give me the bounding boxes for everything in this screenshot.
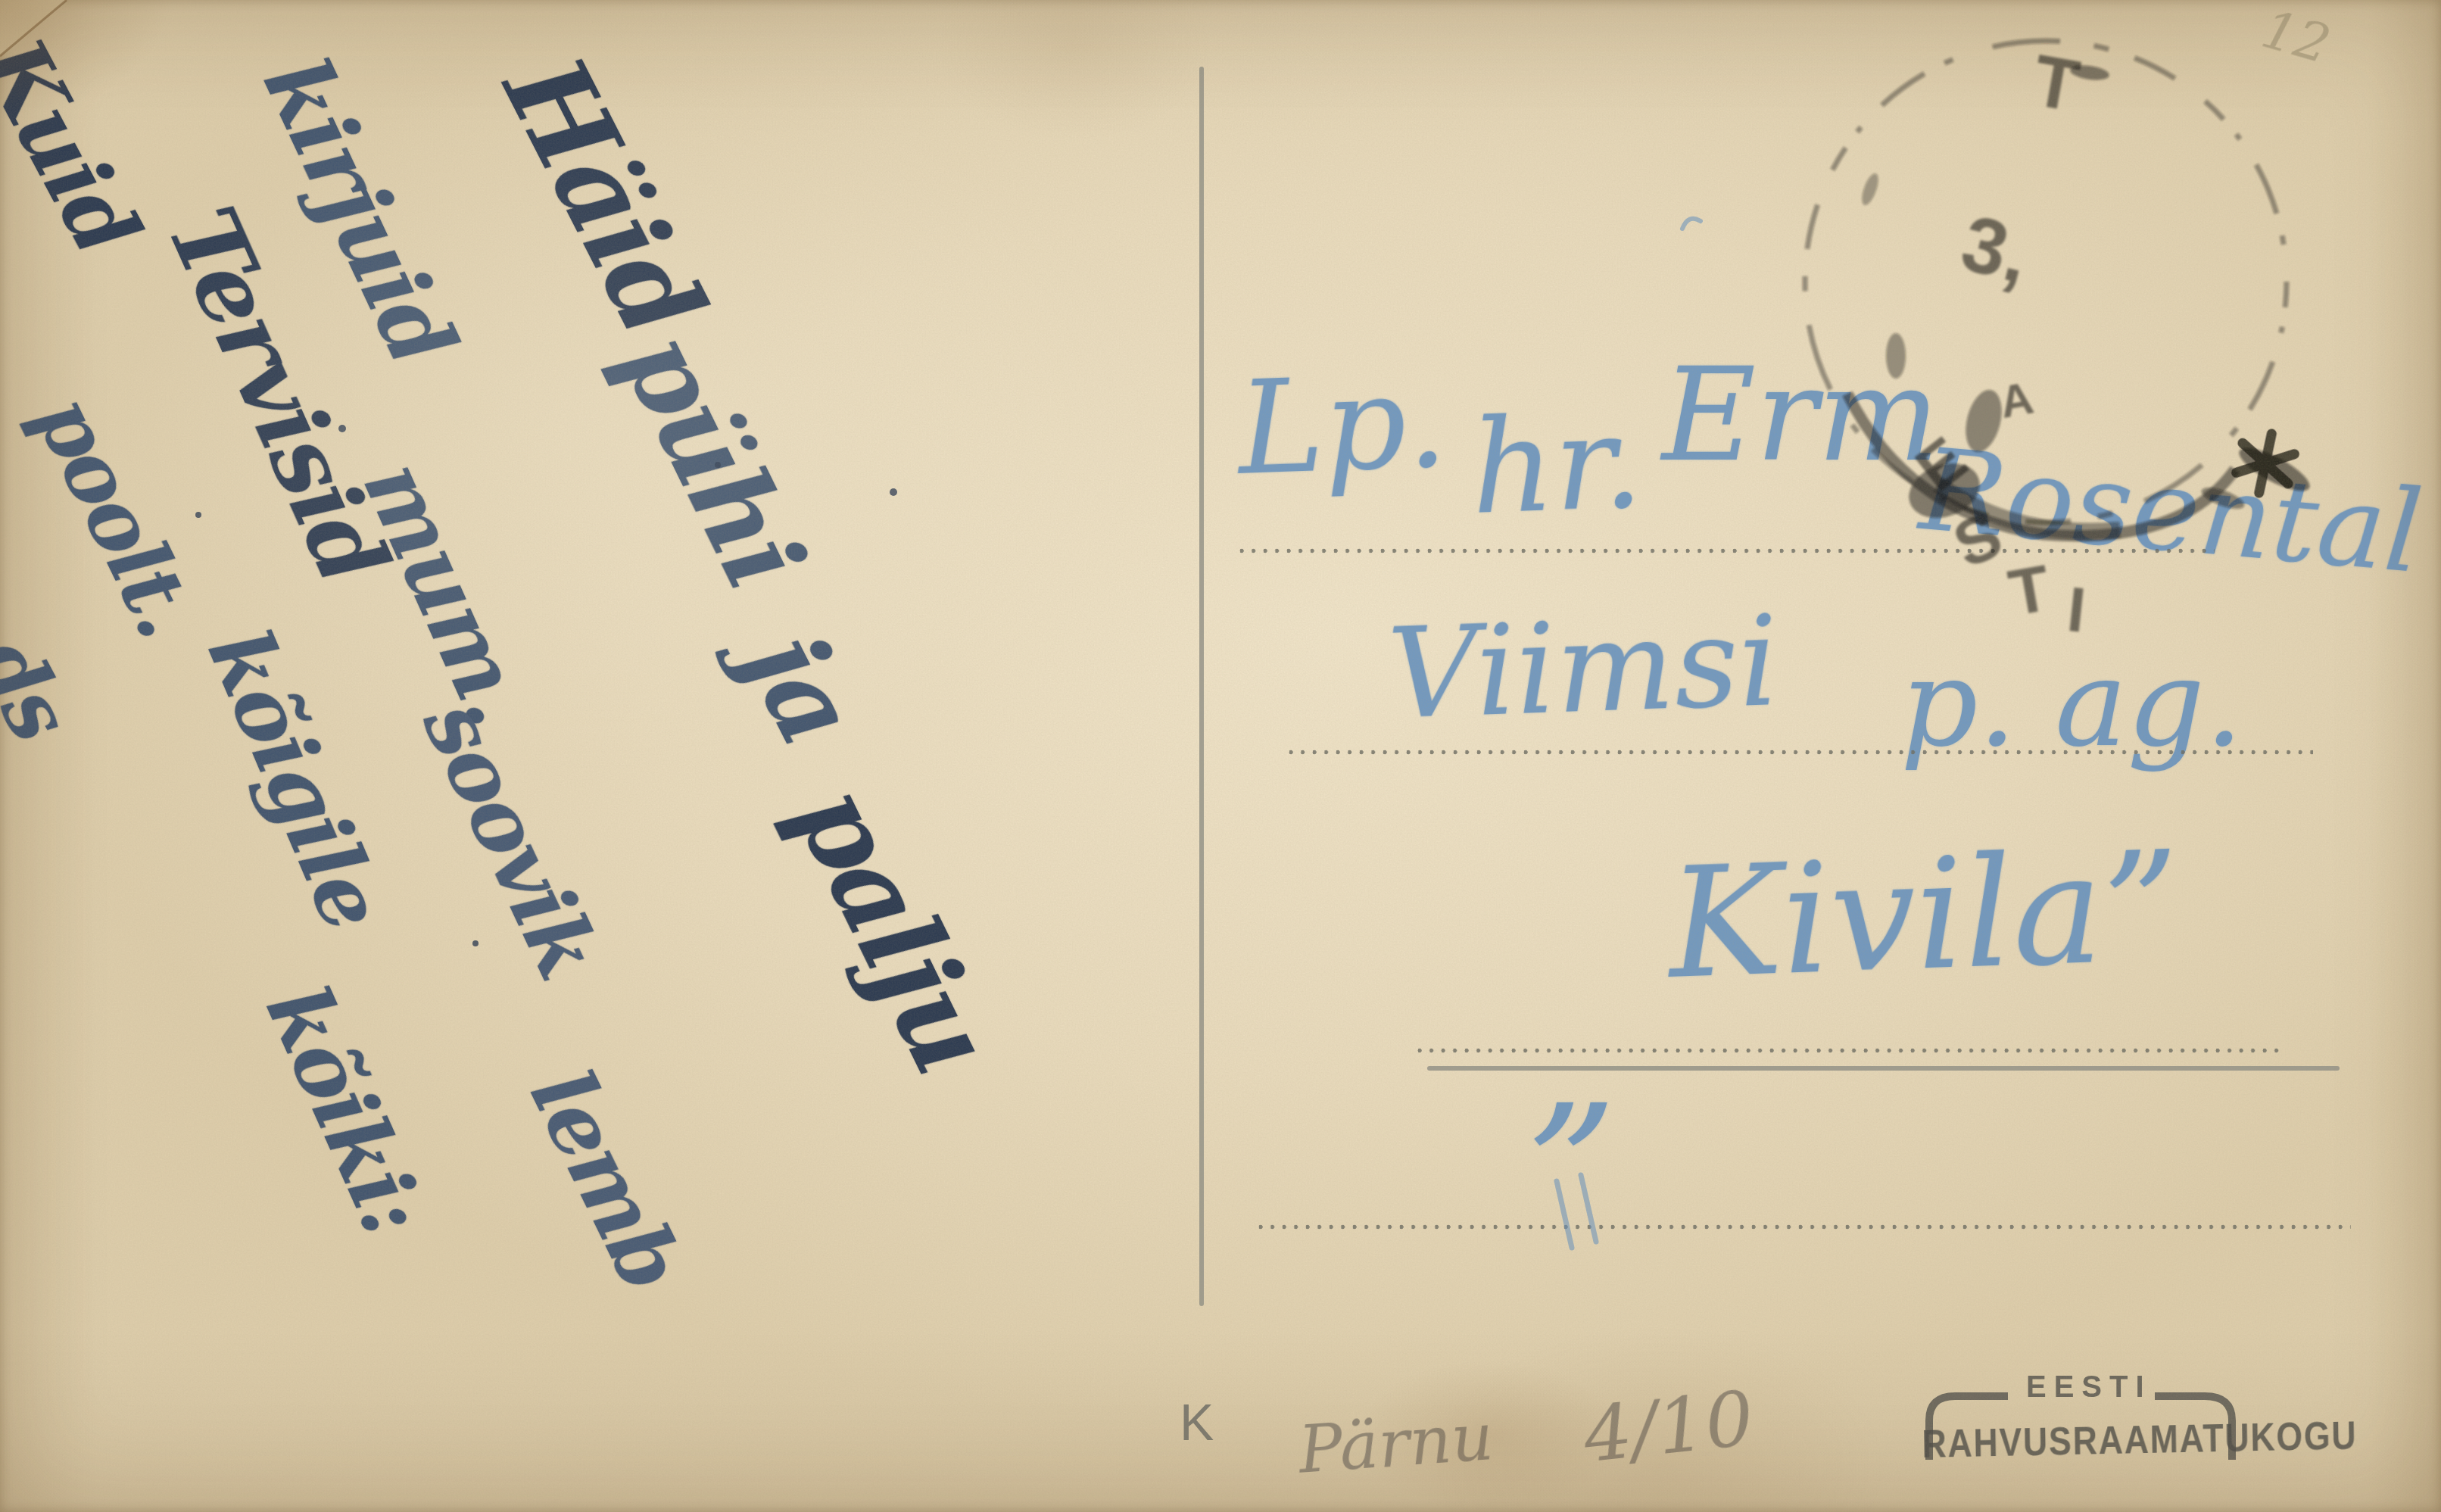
dotted-line: [1287, 748, 2313, 756]
postcard-back: KuidHäidpühijapaljukirjuidmum.sooviklemb…: [0, 0, 2441, 1512]
msg-word: kõiki:: [247, 971, 445, 1249]
msg-word: kõigile: [189, 615, 404, 943]
msg-word: Häid: [478, 36, 728, 355]
addr-word: Lp.: [1236, 347, 1450, 504]
center-divider-line: [1199, 67, 1204, 1306]
addr-word: Kivila”: [1666, 818, 2184, 1012]
postmark-text: T: [2027, 39, 2085, 129]
library-stamp-line2: RAHVUSRAAMATUKOGU: [1922, 1413, 2358, 1467]
addr-word: Viimsi: [1386, 588, 1781, 747]
msg-word: pühi: [596, 312, 828, 606]
dotted-line: [1238, 547, 2215, 555]
library-stamp-line1: EESTI: [2026, 1370, 2152, 1404]
msg-word: lemb: [511, 1054, 703, 1305]
corner-pencil-note: 12: [2255, 0, 2337, 76]
msg-word: poolt.: [17, 380, 216, 650]
postmark-text: A: [1996, 371, 2037, 428]
addr-word: Erm: [1662, 341, 1940, 491]
printer-mark-k: K: [1180, 1393, 1214, 1452]
msg-word: ja: [720, 612, 882, 763]
pencil-word: Pärnu: [1296, 1399, 1496, 1489]
postmark-text: 3,: [1953, 198, 2038, 301]
msg-word: palju: [769, 765, 1018, 1091]
pencil-word: 4/10: [1579, 1374, 1758, 1480]
solid-line: [1427, 1066, 2340, 1071]
msg-word: soovik: [404, 685, 619, 992]
msg-word: ds: [0, 621, 89, 755]
addr-word: hr.: [1469, 388, 1645, 544]
msg-word: Kuid: [0, 21, 159, 270]
dotted-line: [1416, 1046, 2283, 1055]
addr-word: „: [1529, 962, 1620, 1164]
dotted-line: [1257, 1223, 2351, 1231]
